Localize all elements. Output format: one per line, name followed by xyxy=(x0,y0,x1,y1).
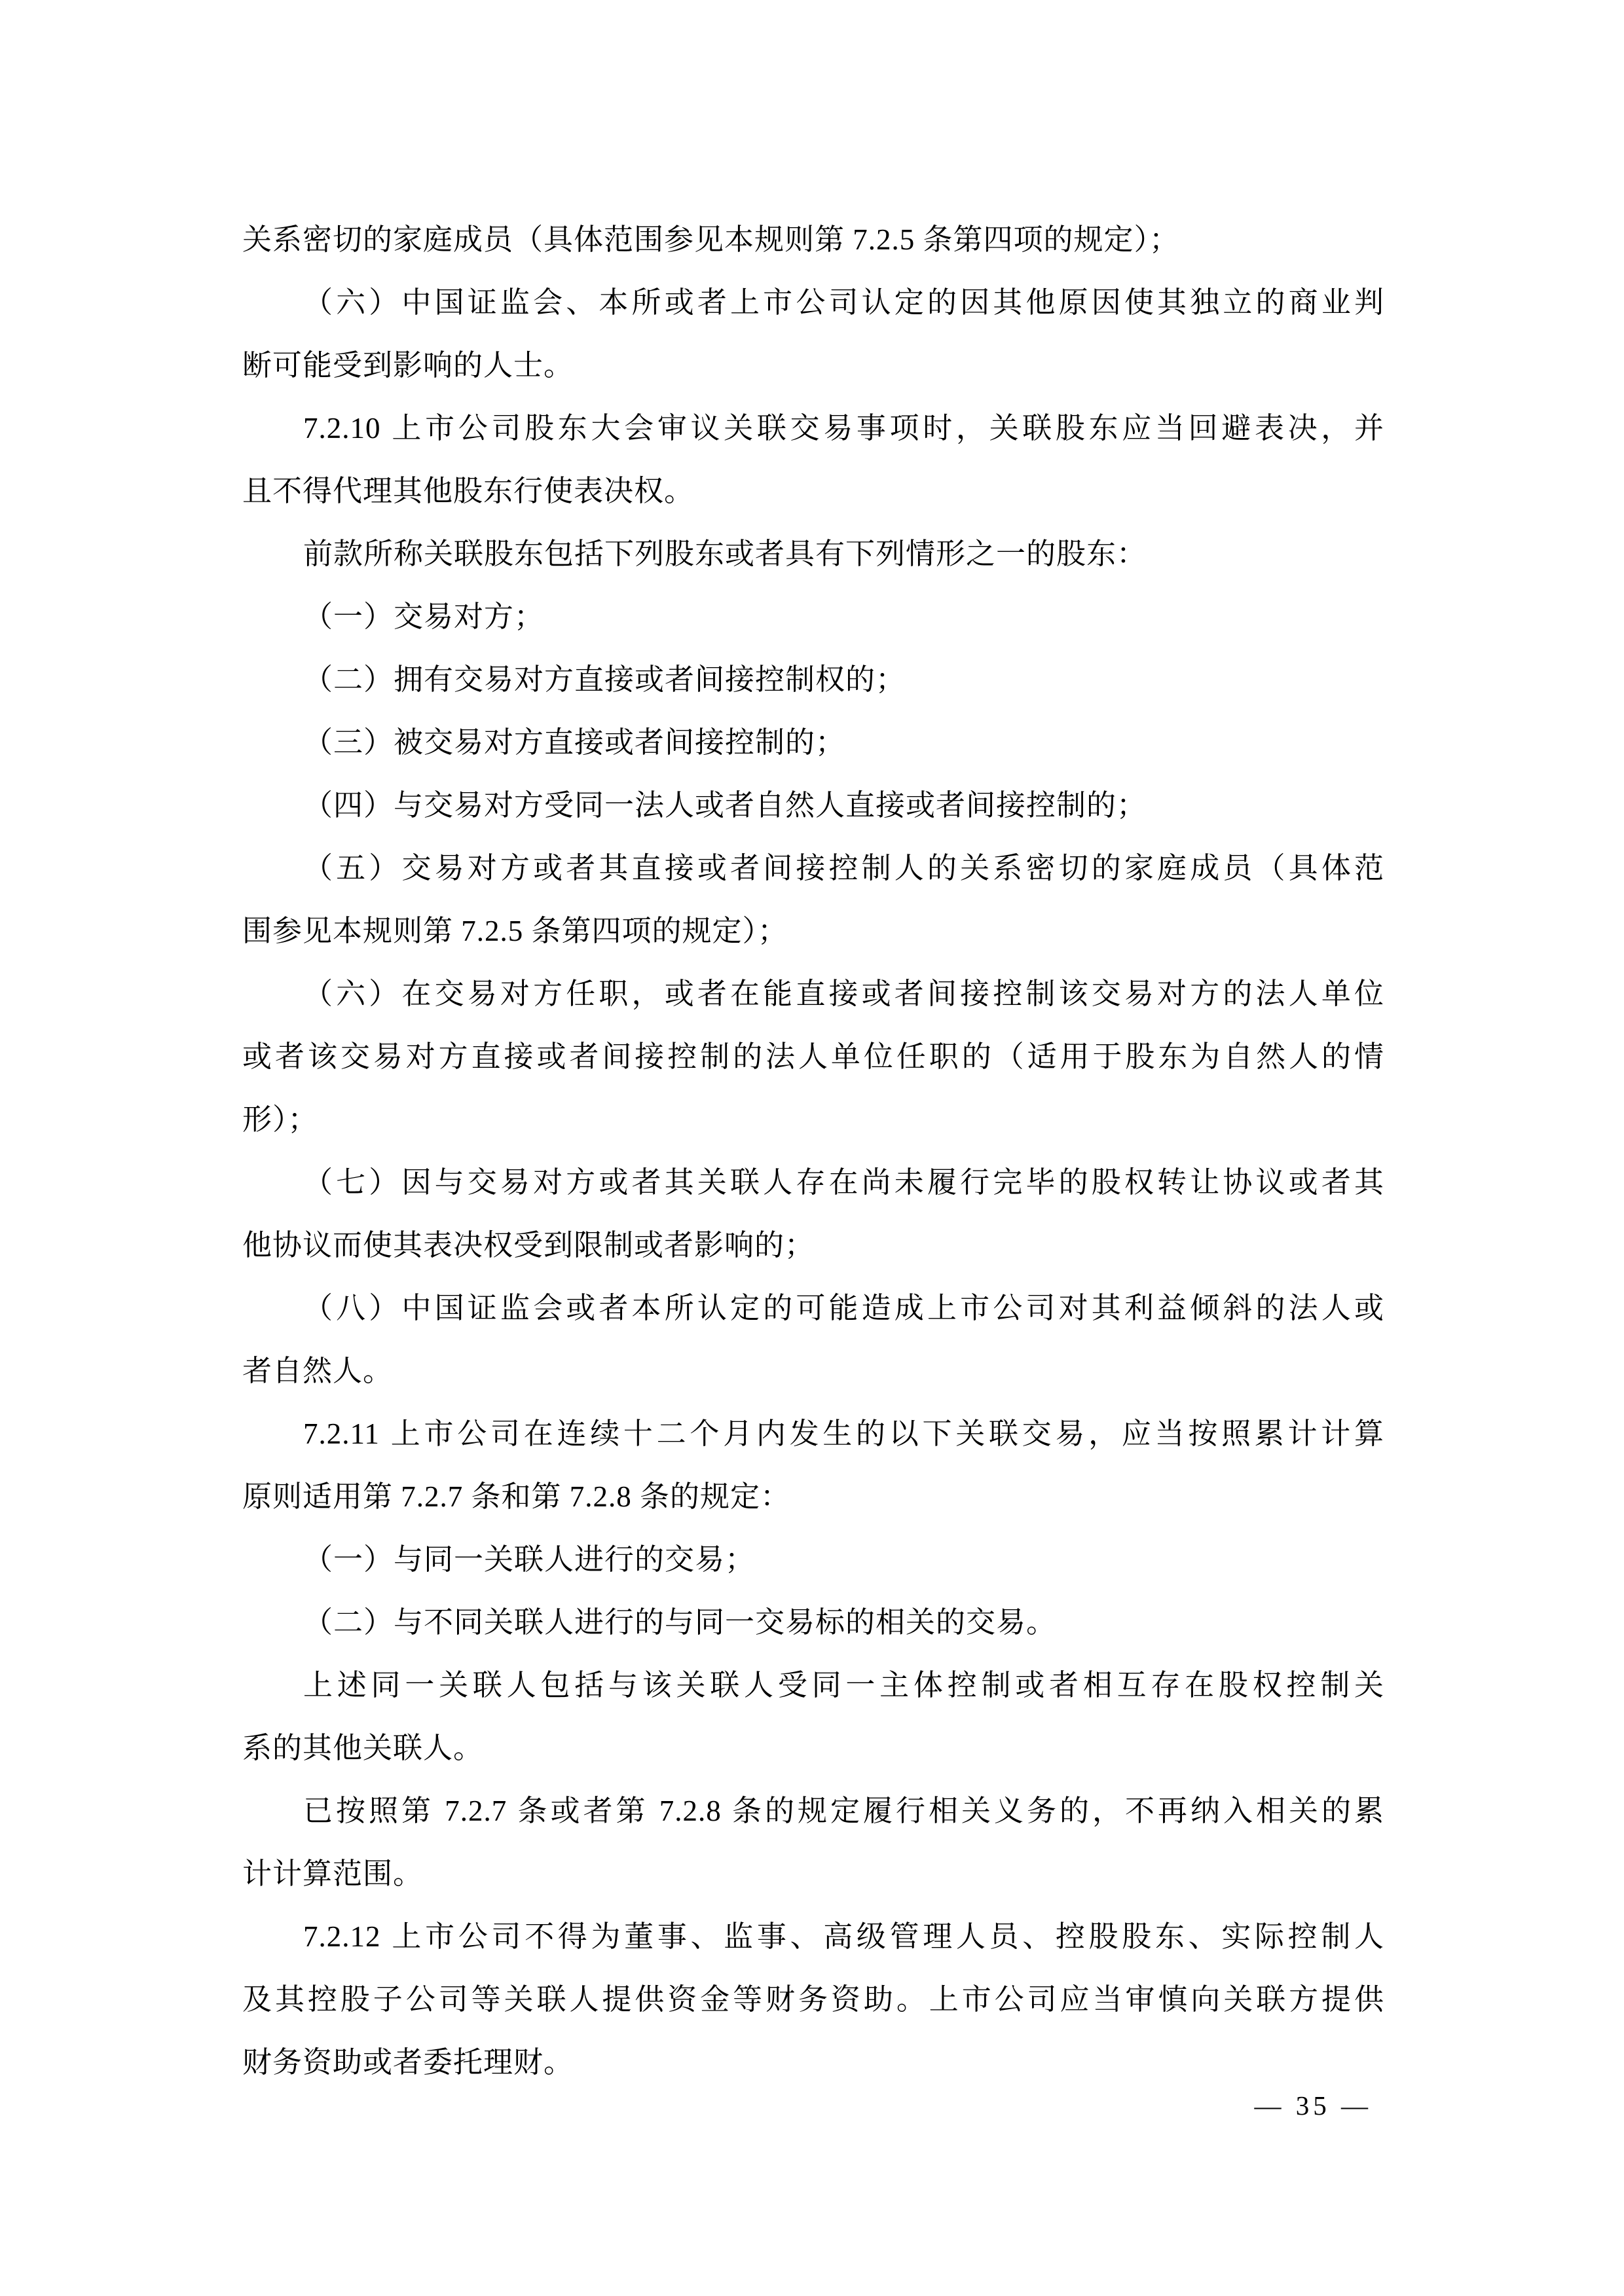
page-number: — 35 — xyxy=(1255,2086,1373,2125)
text-line: 已按照第 7.2.7 条或者第 7.2.8 条的规定履行相关义务的，不再纳入相关… xyxy=(242,1779,1384,1842)
document-page: 关系密切的家庭成员（具体范围参见本规则第 7.2.5 条第四项的规定）； （六）… xyxy=(0,0,1624,2296)
text-line: （三）被交易对方直接或者间接控制的； xyxy=(242,711,1384,774)
text-line: 系的其他关联人。 xyxy=(242,1717,1384,1779)
text-line: 及其控股子公司等关联人提供资金等财务资助。上市公司应当审慎向关联方提供 xyxy=(242,1968,1384,2031)
text-line: （八）中国证监会或者本所认定的可能造成上市公司对其利益倾斜的法人或 xyxy=(242,1277,1384,1339)
text-line: 7.2.10 上市公司股东大会审议关联交易事项时，关联股东应当回避表决，并 xyxy=(242,397,1384,460)
text-line: 7.2.12 上市公司不得为董事、监事、高级管理人员、控股股东、实际控制人 xyxy=(242,1905,1384,1968)
text-line: （一）与同一关联人进行的交易； xyxy=(242,1528,1384,1591)
text-line: 财务资助或者委托理财。 xyxy=(242,2031,1384,2094)
text-line: （七）因与交易对方或者其关联人存在尚未履行完毕的股权转让协议或者其 xyxy=(242,1151,1384,1214)
text-line: 且不得代理其他股东行使表决权。 xyxy=(242,460,1384,522)
text-line: （四）与交易对方受同一法人或者自然人直接或者间接控制的； xyxy=(242,774,1384,837)
text-line: 关系密切的家庭成员（具体范围参见本规则第 7.2.5 条第四项的规定）； xyxy=(242,208,1384,271)
text-line: 前款所称关联股东包括下列股东或者具有下列情形之一的股东： xyxy=(242,522,1384,585)
text-line: 断可能受到影响的人士。 xyxy=(242,334,1384,397)
text-line: 他协议而使其表决权受到限制或者影响的； xyxy=(242,1214,1384,1277)
text-line: （六）中国证监会、本所或者上市公司认定的因其他原因使其独立的商业判 xyxy=(242,271,1384,334)
text-line: 围参见本规则第 7.2.5 条第四项的规定）； xyxy=(242,900,1384,962)
text-line: （二）拥有交易对方直接或者间接控制权的； xyxy=(242,648,1384,711)
text-line: 或者该交易对方直接或者间接控制的法人单位任职的（适用于股东为自然人的情 xyxy=(242,1025,1384,1088)
text-line: （二）与不同关联人进行的与同一交易标的相关的交易。 xyxy=(242,1591,1384,1654)
text-line: （五）交易对方或者其直接或者间接控制人的关系密切的家庭成员（具体范 xyxy=(242,837,1384,900)
text-line: 上述同一关联人包括与该关联人受同一主体控制或者相互存在股权控制关 xyxy=(242,1654,1384,1717)
text-line: 原则适用第 7.2.7 条和第 7.2.8 条的规定： xyxy=(242,1465,1384,1528)
text-line: 7.2.11 上市公司在连续十二个月内发生的以下关联交易，应当按照累计计算 xyxy=(242,1402,1384,1465)
text-line: 者自然人。 xyxy=(242,1339,1384,1402)
text-line: 计计算范围。 xyxy=(242,1842,1384,1905)
text-line: （六）在交易对方任职，或者在能直接或者间接控制该交易对方的法人单位 xyxy=(242,962,1384,1025)
body-text: 关系密切的家庭成员（具体范围参见本规则第 7.2.5 条第四项的规定）； （六）… xyxy=(242,208,1384,2094)
text-line: 形）； xyxy=(242,1088,1384,1151)
text-line: （一）交易对方； xyxy=(242,585,1384,648)
